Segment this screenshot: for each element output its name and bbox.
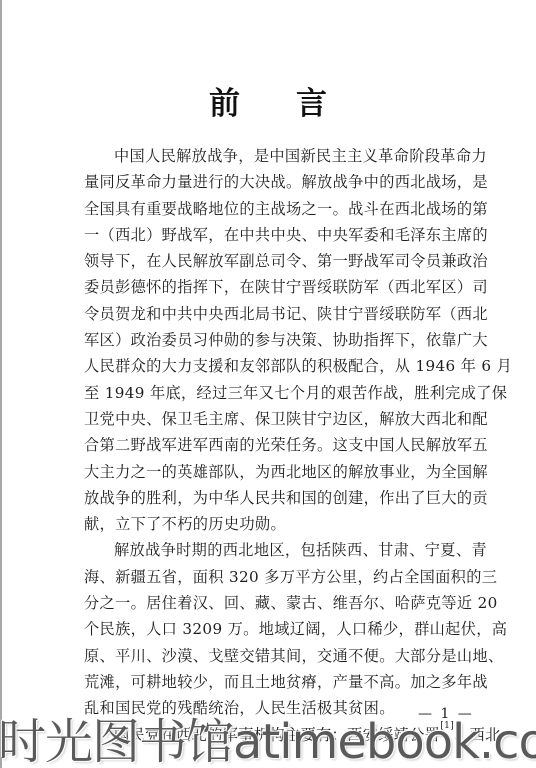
text-line: 献，立下了不朽的历史功勋。 bbox=[84, 511, 476, 537]
text-line: 大主力之一的英雄部队，为西北地区的解放事业，为全国解 bbox=[84, 459, 476, 485]
title-char-1: 前 bbox=[209, 78, 240, 123]
text-line: 至 1949 年底，经过三年又七个月的艰苦作战，胜利完成了保 bbox=[84, 380, 476, 406]
text-line: 原、平川、沙漠、戈壁交错其间，交通不便。大部分是山地、 bbox=[84, 643, 476, 669]
text-line: 分之一。居住着汉、回、藏、蒙古、维吾尔、哈萨克等近 20 bbox=[84, 590, 476, 616]
text-line: 海、新疆五省，面积 320 多万平方公里，约占全国面积的三 bbox=[84, 564, 476, 590]
text-line: 委员彭德怀的指挥下，在陕甘宁晋绥联防军（西北军区）司 bbox=[84, 274, 476, 300]
page-title: 前言 bbox=[0, 78, 536, 123]
title-char-2: 言 bbox=[296, 78, 327, 123]
watermark: 时光图书馆atimebook.com bbox=[0, 716, 536, 768]
text-line: 量同反革命力量进行的大决战。解放战争中的西北战场，是 bbox=[84, 169, 476, 195]
text-line: 全国具有重要战略地位的主战场之一。战斗在西北战场的第 bbox=[84, 196, 476, 222]
text-line: 荒滩，可耕地较少，而且土地贫瘠，产量不高。加之多年战 bbox=[84, 669, 476, 695]
text-line: 领导下，在人民解放军副总司令、第一野战军司令员兼政治 bbox=[84, 248, 476, 274]
text-line: 卫党中央、保卫毛主席、保卫陕甘宁边区，解放大西北和配 bbox=[84, 406, 476, 432]
text-line: 放战争的胜利，为中华人民共和国的创建，作出了巨大的贡 bbox=[84, 485, 476, 511]
body-text: 中国人民解放战争，是中国新民主主义革命阶段革命力 量同反革命力量进行的大决战。解… bbox=[84, 143, 476, 748]
text-line: 令员贺龙和中共中央西北局书记、陕甘宁晋绥联防军（西北 bbox=[84, 301, 476, 327]
text-line: 一（西北）野战军，在中共中央、中央军委和毛泽东主席的 bbox=[84, 222, 476, 248]
text-line: 合第二野战军进军西南的光荣任务。这支中国人民解放军五 bbox=[84, 432, 476, 458]
text-line: 个民族，人口 3209 万。地域辽阔，人口稀少，群山起伏，高 bbox=[84, 616, 476, 642]
text-line: 中国人民解放战争，是中国新民主主义革命阶段革命力 bbox=[84, 143, 476, 169]
text-line: 解放战争时期的西北地区，包括陕西、甘肃、宁夏、青 bbox=[84, 537, 476, 563]
text-line: 人民群众的大力支援和友邻部队的积极配合，从 1946 年 6 月 bbox=[84, 353, 476, 379]
text-line: 军区）政治委员习仲勋的参与决策、协助指挥下，依靠广大 bbox=[84, 327, 476, 353]
